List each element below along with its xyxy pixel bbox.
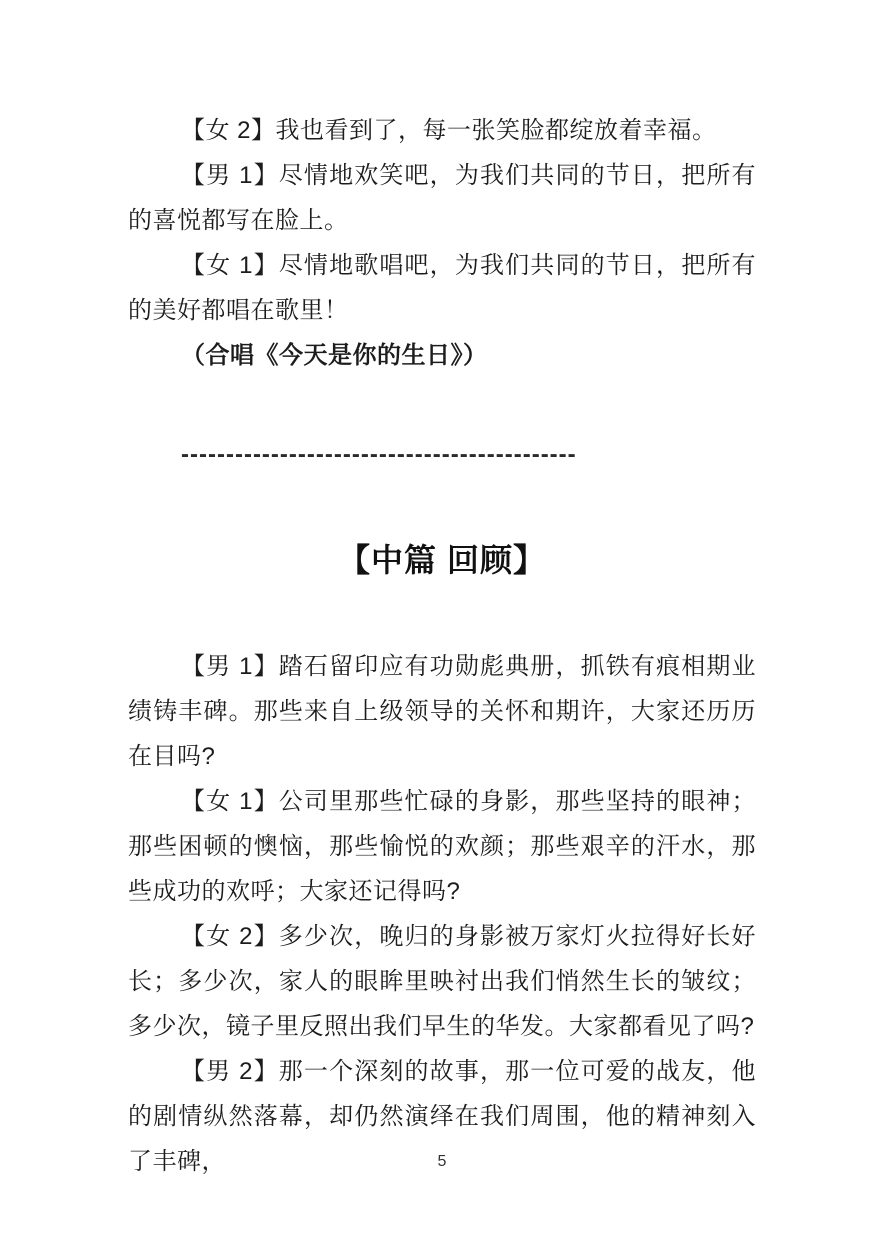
script-line-male1-review: 【男 1】踏石留印应有功勋彪典册，抓铁有痕相期业绩铸丰碑。那些来自上级领导的关怀… (128, 644, 756, 779)
script-line-female2-review: 【女 2】多少次，晚归的身影被万家灯火拉得好长好长；多少次，家人的眼眸里映衬出我… (128, 914, 756, 1049)
document-page: 【女 2】我也看到了，每一张笑脸都绽放着幸福。 【男 1】尽情地欢笑吧，为我们共… (0, 0, 884, 1250)
script-line-female2: 【女 2】我也看到了，每一张笑脸都绽放着幸福。 (128, 108, 756, 153)
page-number: 5 (0, 1152, 884, 1172)
script-line-female1: 【女 1】尽情地歌唱吧，为我们共同的节日，把所有的美好都唱在歌里！ (128, 243, 756, 333)
script-line-female1-review: 【女 1】公司里那些忙碌的身影，那些坚持的眼神；那些困顿的懊恼，那些愉悦的欢颜；… (128, 779, 756, 914)
document-body: 【女 2】我也看到了，每一张笑脸都绽放着幸福。 【男 1】尽情地欢笑吧，为我们共… (128, 108, 756, 1184)
section-review-body: 【男 1】踏石留印应有功勋彪典册，抓铁有痕相期业绩铸丰碑。那些来自上级领导的关怀… (128, 644, 756, 1184)
script-line-male1: 【男 1】尽情地欢笑吧，为我们共同的节日，把所有的喜悦都写在脸上。 (128, 153, 756, 243)
section-separator-dashes: ----------------------------------------… (128, 432, 756, 477)
stage-direction-chorus: （合唱《今天是你的生日》） (128, 333, 756, 378)
section-heading: 【中篇 回顾】 (128, 530, 756, 590)
